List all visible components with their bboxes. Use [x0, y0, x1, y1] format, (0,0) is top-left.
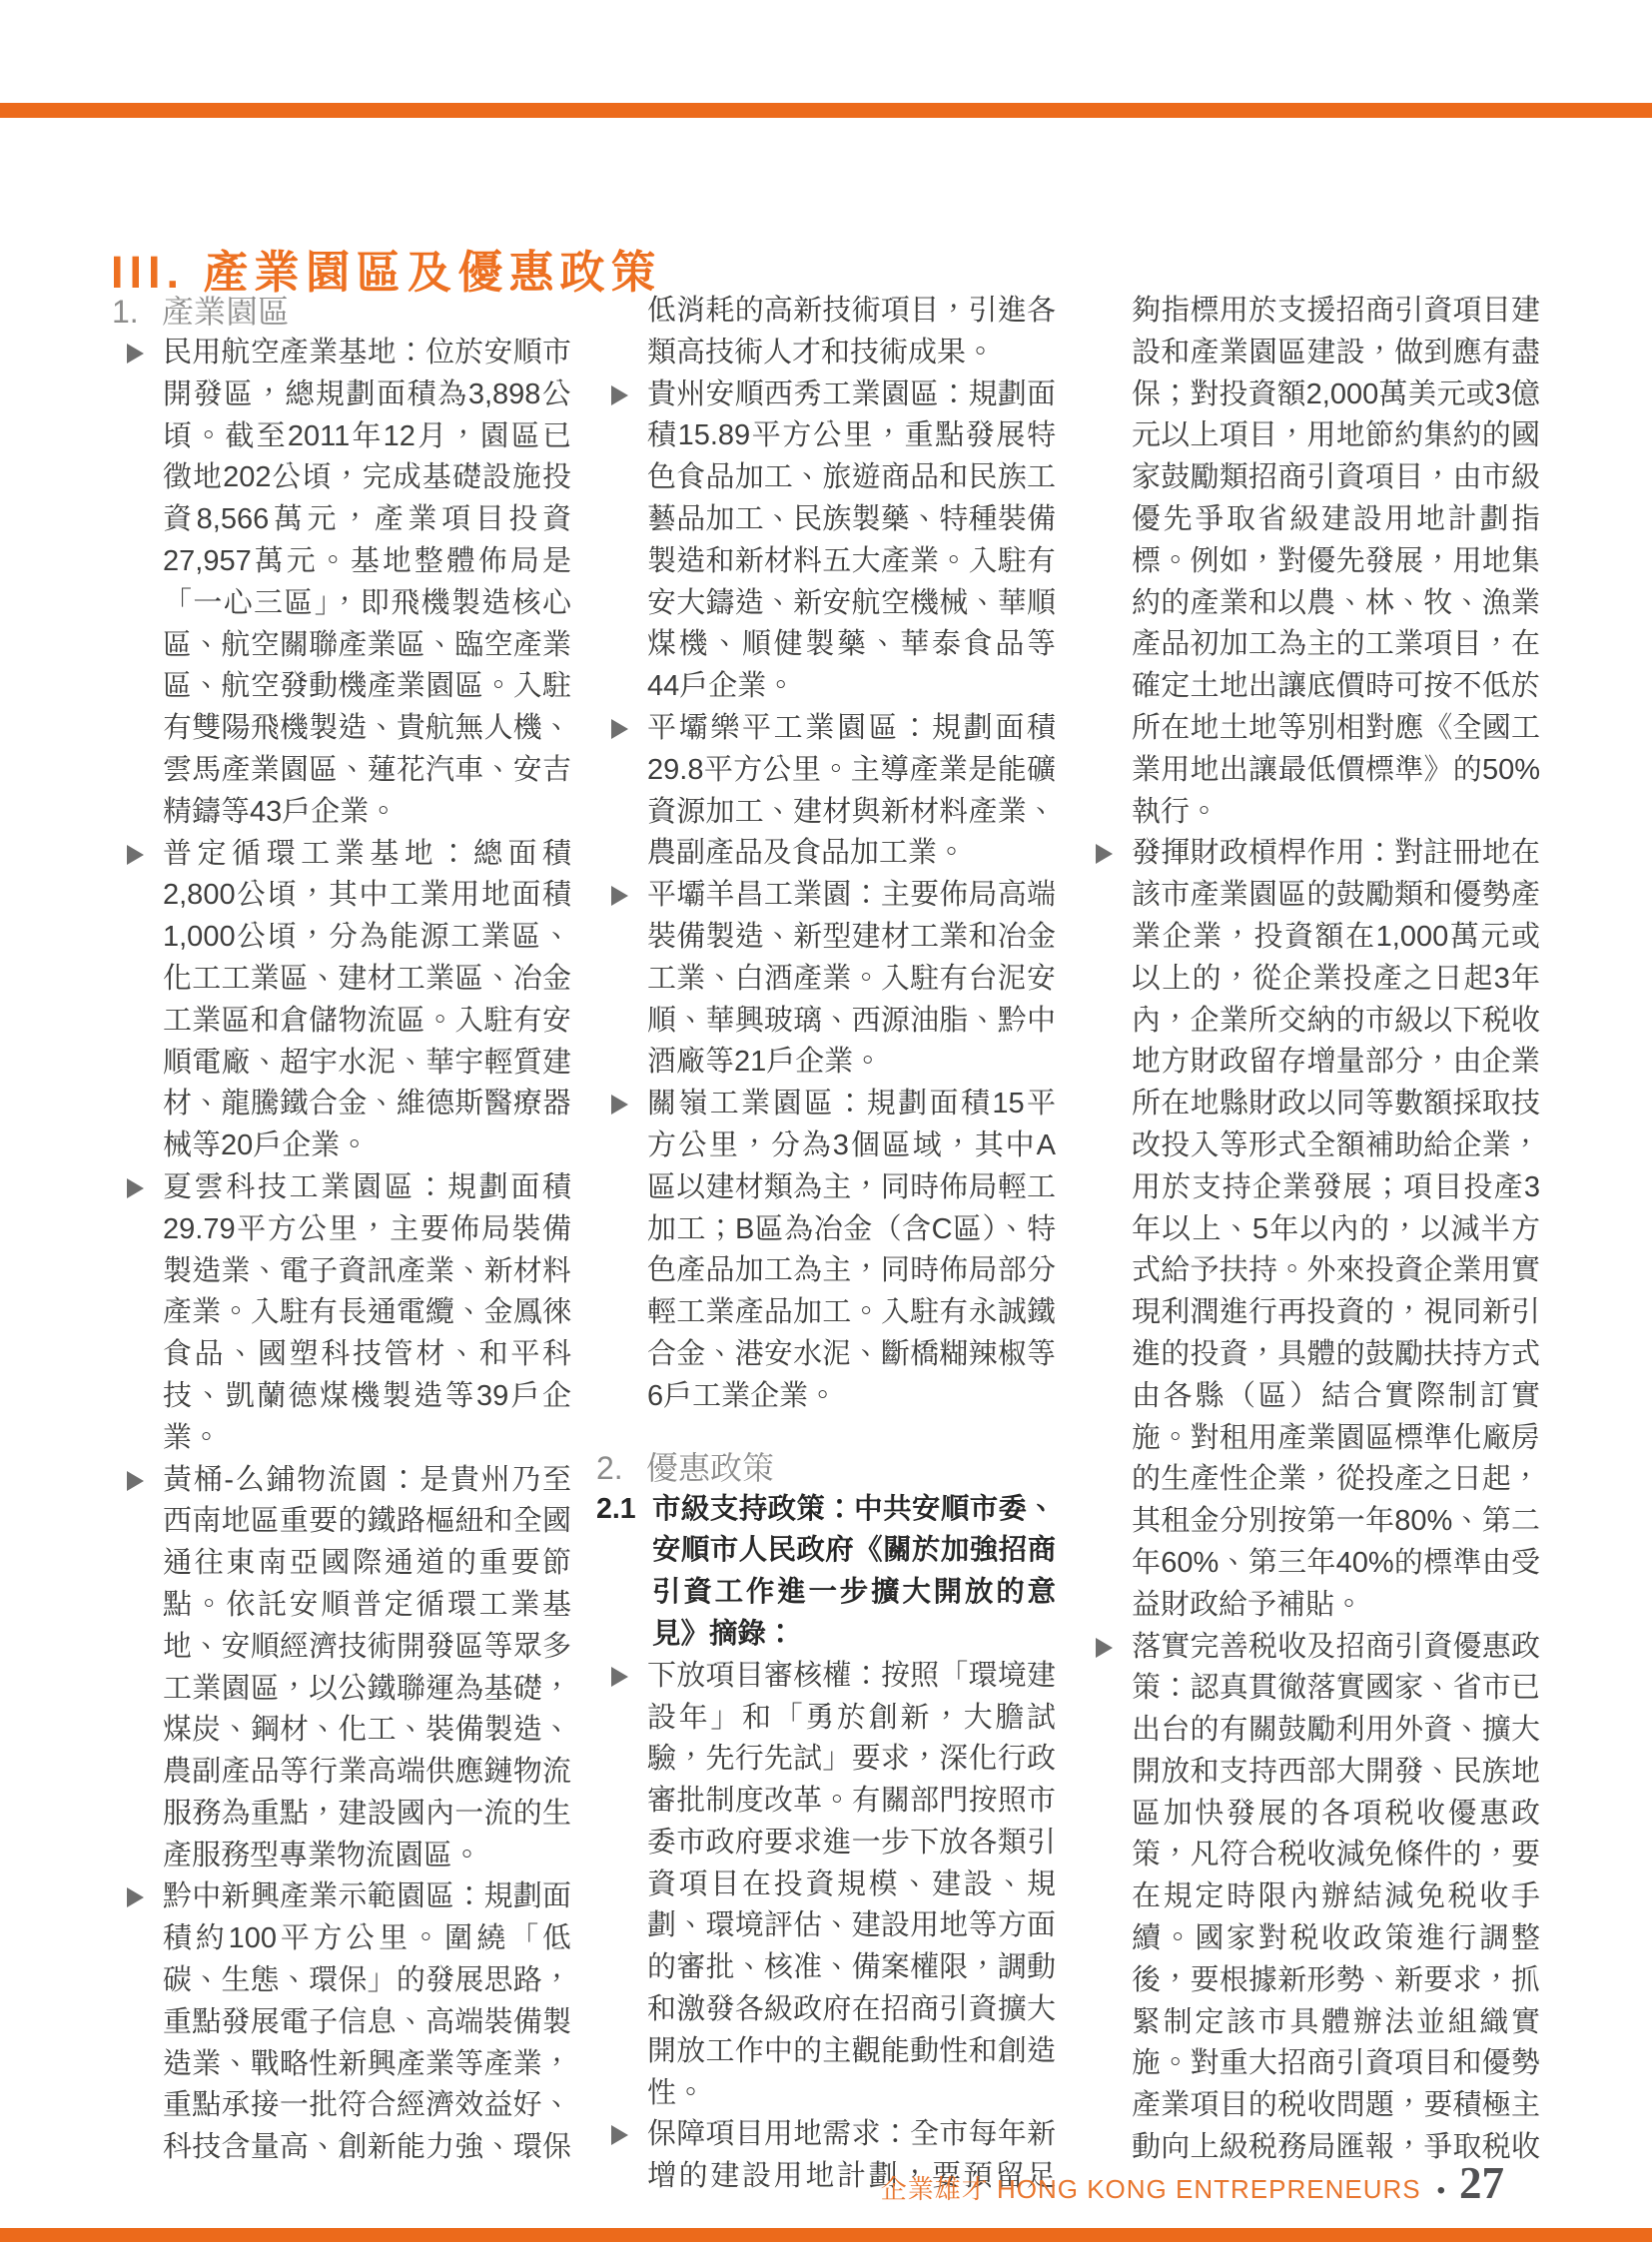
section-heading: 2.優惠政策: [596, 1447, 1056, 1489]
paragraph-text: 貴州安順西秀工業園區：規劃面積15.89平方公里，重點發展特色食品加工、旅遊商品…: [647, 374, 1056, 708]
bullet-triangle-icon: [1096, 1638, 1113, 1658]
bullet-triangle-icon: [127, 1178, 144, 1198]
numbered-paragraph: 2.1市級支持政策：中共安順市委、安順市人民政府《關於加強招商引資工作進一步擴大…: [596, 1489, 1056, 1656]
paragraph-text: 低消耗的高新技術項目，引進各類高技術人才和技術成果。: [647, 291, 1056, 374]
bullet-triangle-icon: [1096, 844, 1113, 864]
section-heading-label: 產業園區: [162, 294, 290, 330]
paragraph-text: 發揮財政槓桿作用：對註冊地在該市產業園區的鼓勵類和優勢產業企業，投資額在1,00…: [1132, 833, 1540, 1626]
bullet-triangle-icon: [611, 886, 628, 906]
paragraph-text: 市級支持政策：中共安順市委、安順市人民政府《關於加強招商引資工作進一步擴大開放的…: [652, 1489, 1056, 1656]
bullet-triangle-icon: [611, 719, 628, 739]
bottom-accent-bar: [0, 2228, 1652, 2242]
bullet-paragraph: 黔中新興產業示範園區：規劃面積約100平方公里。圍繞「低碳、生態、環保」的發展思…: [112, 1876, 571, 2169]
top-accent-bar: [0, 103, 1652, 118]
page-footer: 企業雄才 HONG KONG ENTREPRENEURS • 27: [881, 2157, 1504, 2209]
bullet-triangle-icon: [127, 845, 144, 865]
paragraph-text: 平壩樂平工業園區：規劃面積29.8平方公里。主導產業是能礦資源加工、建材與新材料…: [647, 708, 1056, 875]
bullet-triangle-icon: [127, 1887, 144, 1907]
bullet-triangle-icon: [611, 1095, 628, 1115]
paragraph-text: 落實完善税收及招商引資優惠政策：認真貫徹落實國家、省市已出台的有關鼓勵利用外資、…: [1132, 1627, 1540, 2169]
bullet-paragraph: 關嶺工業園區：規劃面積15平方公里，分為3個區域，其中A區以建材類為主，同時佈局…: [596, 1084, 1056, 1417]
bullet-paragraph: 平壩樂平工業園區：規劃面積29.8平方公里。主導產業是能礦資源加工、建材與新材料…: [596, 708, 1056, 875]
subsection-number: 2.1: [596, 1489, 636, 1531]
bullet-triangle-icon: [127, 1471, 144, 1491]
page-number: 27: [1459, 2157, 1504, 2209]
paragraph-text: 黔中新興產業示範園區：規劃面積約100平方公里。圍繞「低碳、生態、環保」的發展思…: [163, 1876, 571, 2169]
bullet-paragraph: 平壩羊昌工業園：主要佈局高端裝備製造、新型建材工業和冶金工業、白酒產業。入駐有台…: [596, 875, 1056, 1084]
text-column-2: 低消耗的高新技術項目，引進各類高技術人才和技術成果。貴州安順西秀工業園區：規劃面…: [596, 291, 1056, 2198]
paragraph-text: 民用航空產業基地：位於安順市開發區，總規劃面積為3,898公頃。截至2011年1…: [163, 333, 571, 834]
paragraph-text: 平壩羊昌工業園：主要佈局高端裝備製造、新型建材工業和冶金工業、白酒產業。入駐有台…: [647, 875, 1056, 1084]
paragraph-text: 下放項目審核權：按照「環境建設年」和「勇於創新，大膽試驗，先行先試」要求，深化行…: [647, 1656, 1056, 2115]
paragraph-text: 普定循環工業基地：總面積2,800公頃，其中工業用地面積1,000公頃，分為能源…: [163, 834, 571, 1167]
section-heading-label: 優惠政策: [646, 1450, 774, 1486]
text-column-3: 夠指標用於支援招商引資項目建設和產業園區建設，做到應有盡保；對投資額2,000萬…: [1081, 291, 1540, 2169]
continuation-paragraph: 低消耗的高新技術項目，引進各類高技術人才和技術成果。: [596, 291, 1056, 374]
footer-separator-dot: •: [1437, 2177, 1445, 2205]
bullet-paragraph: 下放項目審核權：按照「環境建設年」和「勇於創新，大膽試驗，先行先試」要求，深化行…: [596, 1656, 1056, 2115]
bullet-triangle-icon: [127, 344, 144, 364]
bullet-paragraph: 民用航空產業基地：位於安順市開發區，總規劃面積為3,898公頃。截至2011年1…: [112, 333, 571, 834]
section-number: 1.: [112, 291, 162, 333]
text-column-1: 1.產業園區民用航空產業基地：位於安順市開發區，總規劃面積為3,898公頃。截至…: [112, 291, 571, 2169]
paragraph-text: 夠指標用於支援招商引資項目建設和產業園區建設，做到應有盡保；對投資額2,000萬…: [1132, 291, 1540, 833]
bullet-paragraph: 夏雲科技工業園區：規劃面積29.79平方公里，主要佈局裝備製造業、電子資訊產業、…: [112, 1167, 571, 1460]
paragraph-text: 黃桶-么鋪物流園：是貴州乃至西南地區重要的鐵路樞紐和全國通往東南亞國際通道的重要…: [163, 1460, 571, 1877]
continuation-paragraph: 夠指標用於支援招商引資項目建設和產業園區建設，做到應有盡保；對投資額2,000萬…: [1081, 291, 1540, 833]
bullet-triangle-icon: [611, 2125, 628, 2145]
magazine-page: { "page": { "title": "III. 產業園區及優惠政策", "…: [0, 0, 1652, 2242]
magazine-name: 企業雄才 HONG KONG ENTREPRENEURS: [881, 2169, 1421, 2209]
section-heading: 1.產業園區: [112, 291, 571, 333]
bullet-paragraph: 黃桶-么鋪物流園：是貴州乃至西南地區重要的鐵路樞紐和全國通往東南亞國際通道的重要…: [112, 1460, 571, 1877]
bullet-paragraph: 普定循環工業基地：總面積2,800公頃，其中工業用地面積1,000公頃，分為能源…: [112, 834, 571, 1167]
bullet-paragraph: 落實完善税收及招商引資優惠政策：認真貫徹落實國家、省市已出台的有關鼓勵利用外資、…: [1081, 1627, 1540, 2169]
section-number: 2.: [596, 1447, 646, 1489]
paragraph-text: 夏雲科技工業園區：規劃面積29.79平方公里，主要佈局裝備製造業、電子資訊產業、…: [163, 1167, 571, 1460]
bullet-paragraph: 發揮財政槓桿作用：對註冊地在該市產業園區的鼓勵類和優勢產業企業，投資額在1,00…: [1081, 833, 1540, 1626]
bullet-triangle-icon: [611, 385, 628, 405]
bullet-paragraph: 貴州安順西秀工業園區：規劃面積15.89平方公里，重點發展特色食品加工、旅遊商品…: [596, 374, 1056, 708]
paragraph-text: 關嶺工業園區：規劃面積15平方公里，分為3個區域，其中A區以建材類為主，同時佈局…: [647, 1084, 1056, 1417]
bullet-triangle-icon: [611, 1667, 628, 1687]
